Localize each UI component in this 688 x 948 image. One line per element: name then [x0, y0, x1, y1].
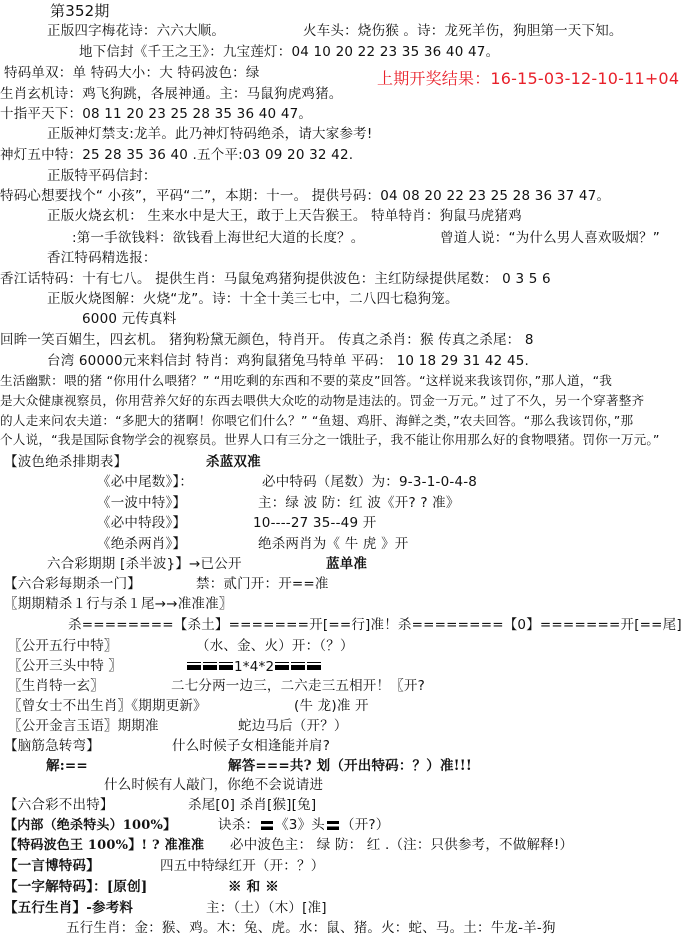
- table-row-value: 10----27 35--49 开: [253, 517, 376, 531]
- lamp-forbid: 正版神灯禁支:龙羊。此乃神灯特码绝杀，请大家参考!: [47, 128, 372, 142]
- wuxing-label: 【五行生肖】-参考料: [4, 902, 133, 916]
- joke-line-1: 生活幽默：喂的猪 “你用什么喂猪？” “用吃剩的东西和不要的菜皮”回答。“这样说…: [0, 375, 612, 388]
- joke-line-2: 是大众健康视察员，你用营养欠好的东西去喂供大众吃的动物是违法的。罚金一万元。” …: [0, 395, 644, 408]
- smile-poem: 回眸一笑百媚生，四玄机。 猪狗粉黛无颜色，特肖开。 传真之杀肖：猴 传真之杀尾：…: [0, 334, 534, 348]
- last-result-label: 上期开奖结果：: [377, 69, 490, 88]
- golden-words-label: 〖公开金言玉语〗期期准: [8, 720, 159, 734]
- riddle-answer-value: 解答===共? 划（开出特码：？）准!!!: [228, 760, 472, 774]
- wuxing-value: 主：（土）（木）[准]: [206, 902, 327, 916]
- wave-king-label: 【特码波色王 100%】! ? 准准准: [4, 839, 204, 852]
- wave-king-value: 必中波色主： 绿 防： 红 .（注：只供参考，不做解释!）: [230, 839, 573, 853]
- wave-table-title: 【波色绝杀排期表】: [4, 456, 127, 470]
- last-result: 上期开奖结果：16-15-03-12-10-11+04: [377, 71, 679, 87]
- zodiac-riddle-label: 〖生肖特一玄〗: [8, 680, 104, 694]
- ten-fingers: 十指平天下：08 11 20 23 25 28 35 36 40 47。: [0, 108, 312, 122]
- three-head-label: 〖公开三头中特 〗: [8, 660, 122, 674]
- zeng-says: 曾道人说：“为什么男人喜欢吸烟？”: [440, 232, 660, 246]
- envelope-title: 正版特平码信封：: [47, 170, 157, 184]
- fire-mystery: 正版火烧玄机： 生来水中是大王，敢于上天告猴王。 特单特肖：狗鼠马虎猪鸡: [47, 210, 522, 224]
- half-wave-value: 蓝单准: [326, 558, 367, 572]
- taiwan-envelope: 台湾 60000元来料信封 特肖：鸡狗鼠猪兔马特单 平码： 10 18 29 3…: [47, 355, 529, 369]
- bar-icon: [274, 660, 322, 674]
- special-odd-even: 特码单双：单 特码大小：大 特码波色：绿: [4, 67, 260, 81]
- wave-table-verdict: 杀蓝双准: [206, 456, 261, 470]
- fax-6000: 6000 元传真料: [82, 313, 176, 327]
- kill-row-formula: 杀========【杀土】=======开[==行]准！杀========【0】…: [68, 619, 682, 633]
- riddle-label: 【脑筋急转弯】: [4, 740, 100, 754]
- no-special-value: 杀尾[0] 杀肖[猴][兔]: [188, 799, 316, 813]
- fire-diagram: 正版火烧图解：火烧“龙”。诗：十全十美三七中，二八四七稳狗笼。: [47, 293, 459, 307]
- riddle-answer-label: 解:==: [46, 760, 88, 774]
- table-row-label: 《必中特段》】: [97, 517, 186, 531]
- golden-words-value: 蛇边马后（开？）: [238, 720, 348, 734]
- table-row-label: 《必中尾数》】：: [97, 476, 193, 490]
- table-row-label: 《绝杀两肖》】: [97, 538, 186, 552]
- one-char-value: ※ 和 ※: [228, 881, 279, 895]
- table-row-value: 必中特码（尾数）为：9-3-1-0-4-8: [262, 476, 477, 490]
- internal-value: 诀杀：《3》头（开?）: [218, 819, 389, 833]
- one-char-label: 【一字解特码】：[原创]: [4, 881, 147, 895]
- plum-poem: 正版四字梅花诗：六六大顺。: [47, 25, 225, 39]
- table-row-value: 绝杀两肖为《 牛 虎 》开: [258, 538, 408, 552]
- underground-envelope: 地下信封《千王之王》：九宝莲灯：04 10 20 22 23 35 36 40 …: [79, 46, 499, 60]
- kill-door-label: 【六合彩每期杀一门】: [4, 578, 141, 592]
- zodiac-poem: 生肖玄机诗：鸡飞狗跳，各展神通。主：马鼠狗虎鸡猪。: [0, 88, 343, 102]
- table-row-label: 《一波中特》】: [97, 497, 186, 511]
- lamp-five: 神灯五中特：25 28 35 36 40 .五个平:03 09 20 32 42…: [0, 149, 353, 163]
- five-element-label: 〖公开五行中特〗: [8, 640, 118, 654]
- envelope-content: 特码心想要找个“ 小孩”，平码“二”，本期：十一。 提供号码：04 08 20 …: [0, 190, 610, 204]
- double-bar-icon: [261, 821, 273, 830]
- half-wave-label: 六合彩期期 [杀半波}】→已公开: [47, 558, 242, 572]
- kill-row-label: 〖期期精杀１行与杀１尾→→准准准〗: [4, 598, 233, 612]
- joke-line-3: 的人走来问农夫道：“多肥大的猪啊！你喂它们什么？” “鱼翅、鸡肝、海鲜之类，”农…: [0, 415, 633, 428]
- train-head: 火车头：烧伤猴 。诗：龙死羊伤，狗胆第一天下知。: [303, 25, 623, 39]
- three-head-value: 1*4*2: [186, 660, 322, 674]
- last-result-value: 16-15-03-12-10-11+04: [490, 69, 679, 88]
- no-special-label: 【六合彩不出特】: [4, 799, 114, 813]
- money-material: :第一手欲钱料：欲钱看上海世纪大道的长度？。: [72, 232, 364, 246]
- five-element-value: （水、金、火）开：（？）: [196, 640, 354, 654]
- bar-icon: [186, 660, 234, 674]
- zeng-value: (牛 龙)准 开: [294, 700, 369, 714]
- issue-title: 第352期: [50, 4, 110, 19]
- zodiac-riddle-value: 二七分两一边三，二六走三五相开！〖开?: [171, 680, 425, 694]
- one-word-label: 【一言博特码】: [4, 860, 100, 874]
- kill-door-value: 禁：贰门开：开==准: [196, 578, 329, 592]
- riddle-question-1: 什么时候子女相逢能并肩?: [172, 740, 330, 754]
- hk-select: 香江特码精选报：: [47, 252, 157, 266]
- table-row-value: 主：绿 波 防：红 波《开? ? 准》: [258, 497, 460, 511]
- wuxing-list: 五行生肖：金：猴、鸡。木：兔、虎。水：鼠、猪。火：蛇、马。土：牛龙-羊-狗: [66, 922, 556, 936]
- one-word-value: 四五中特绿红开（开：？）: [160, 860, 324, 874]
- internal-label: 【内部（绝杀特头）100%】: [4, 819, 176, 832]
- riddle-question-2: 什么时候有人敲门，你绝不会说请进: [104, 779, 323, 793]
- zeng-label: 〖曾女士不出生肖〗《期期更新》: [8, 700, 207, 714]
- double-bar-icon: [327, 821, 339, 830]
- hk-special: 香江话特码：十有七八。 提供生肖：马鼠兔鸡猪狗提供波色：主红防绿提供尾数： 0 …: [0, 273, 551, 287]
- joke-line-4: 个人说，“我是国际食物学会的视察员。世界人口有三分之一饿肚子，我不能让你用那么好…: [0, 434, 660, 447]
